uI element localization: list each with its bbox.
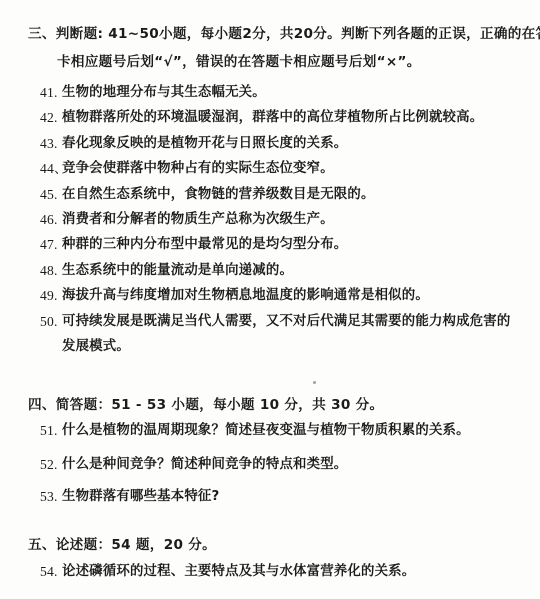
question-row-50: 50. 可持续发展是既满足当代人需要，又不对后代满足其需要的能力构成危害的发展模… [40, 309, 524, 360]
question-row-48: 48. 生态系统中的能量流动是单向递减的。 [40, 258, 524, 283]
judgment-question-list: 41. 生物的地理分布与其生态幅无关。 42. 植物群落所处的环境温暖湿润，群落… [40, 80, 524, 359]
question-number: 51. [40, 418, 62, 443]
question-number: 41. [40, 80, 62, 105]
question-text: 植物群落所处的环境温暖湿润，群落中的高位芽植物所占比例就较高。 [62, 105, 524, 130]
judgment-section-header-line1: 三、判断题: 41~50小题，每小题2分，共20分。判断下列各题的正误，正确的在… [28, 20, 540, 48]
exam-page: 三、判断题: 41~50小题，每小题2分，共20分。判断下列各题的正误，正确的在… [0, 0, 540, 599]
question-number: 48. [40, 258, 62, 283]
question-number: 53. [40, 484, 62, 509]
question-text: 论述磷循环的过程、主要特点及其与水体富营养化的关系。 [62, 559, 524, 584]
question-row-42: 42. 植物群落所处的环境温暖湿润，群落中的高位芽植物所占比例就较高。 [40, 105, 524, 130]
question-number: 43. [40, 131, 62, 156]
question-row-49: 49. 海拔升高与纬度增加对生物栖息地温度的影响通常是相似的。 [40, 283, 524, 308]
essay-section-header: 五、论述题：54 题，20 分。 [28, 531, 216, 559]
question-row-45: 45. 在自然生态系统中，食物链的营养级数目是无限的。 [40, 182, 524, 207]
question-row-51: 51. 什么是植物的温周期现象？简述昼夜变温与植物干物质积累的关系。 [40, 418, 524, 443]
question-number: 54. [40, 559, 62, 584]
question-text: 种群的三种内分布型中最常见的是均匀型分布。 [62, 232, 524, 257]
question-number: 50. [40, 309, 62, 360]
question-row-54: 54. 论述磷循环的过程、主要特点及其与水体富营养化的关系。 [40, 559, 524, 584]
question-number: 44、 [40, 156, 62, 181]
question-text: 在自然生态系统中，食物链的营养级数目是无限的。 [62, 182, 524, 207]
question-row-44: 44、 竞争会使群落中物种占有的实际生态位变窄。 [40, 156, 524, 181]
question-text: 什么是种间竞争？简述种间竞争的特点和类型。 [62, 452, 524, 477]
question-text: 消费者和分解者的物质生产总称为次级生产。 [62, 207, 524, 232]
question-text: 春化现象反映的是植物开花与日照长度的关系。 [62, 131, 524, 156]
question-text: 生物的地理分布与其生态幅无关。 [62, 80, 524, 105]
question-text: 竞争会使群落中物种占有的实际生态位变窄。 [62, 156, 524, 181]
question-row-47: 47. 种群的三种内分布型中最常见的是均匀型分布。 [40, 232, 524, 257]
scan-artifact-dot [313, 381, 316, 384]
question-text: 生物群落有哪些基本特征? [62, 484, 524, 509]
question-text: 什么是植物的温周期现象？简述昼夜变温与植物干物质积累的关系。 [62, 418, 524, 443]
question-row-41: 41. 生物的地理分布与其生态幅无关。 [40, 80, 524, 105]
question-text: 海拔升高与纬度增加对生物栖息地温度的影响通常是相似的。 [62, 283, 524, 308]
judgment-section-header-line2: 卡相应题号后划“√”，错误的在答题卡相应题号后划“×”。 [57, 48, 421, 76]
question-number: 47. [40, 232, 62, 257]
question-number: 52. [40, 452, 62, 477]
question-number: 46. [40, 207, 62, 232]
question-number: 42. [40, 105, 62, 130]
question-number: 45. [40, 182, 62, 207]
question-row-53: 53. 生物群落有哪些基本特征? [40, 484, 524, 509]
question-row-52: 52. 什么是种间竞争？简述种间竞争的特点和类型。 [40, 452, 524, 477]
question-number: 49. [40, 283, 62, 308]
question-text: 生态系统中的能量流动是单向递减的。 [62, 258, 524, 283]
question-row-43: 43. 春化现象反映的是植物开花与日照长度的关系。 [40, 131, 524, 156]
short-answer-section-header: 四、简答题：51 - 53 小题，每小题 10 分，共 30 分。 [28, 391, 383, 419]
question-row-46: 46. 消费者和分解者的物质生产总称为次级生产。 [40, 207, 524, 232]
question-text: 可持续发展是既满足当代人需要，又不对后代满足其需要的能力构成危害的发展模式。 [62, 309, 524, 360]
